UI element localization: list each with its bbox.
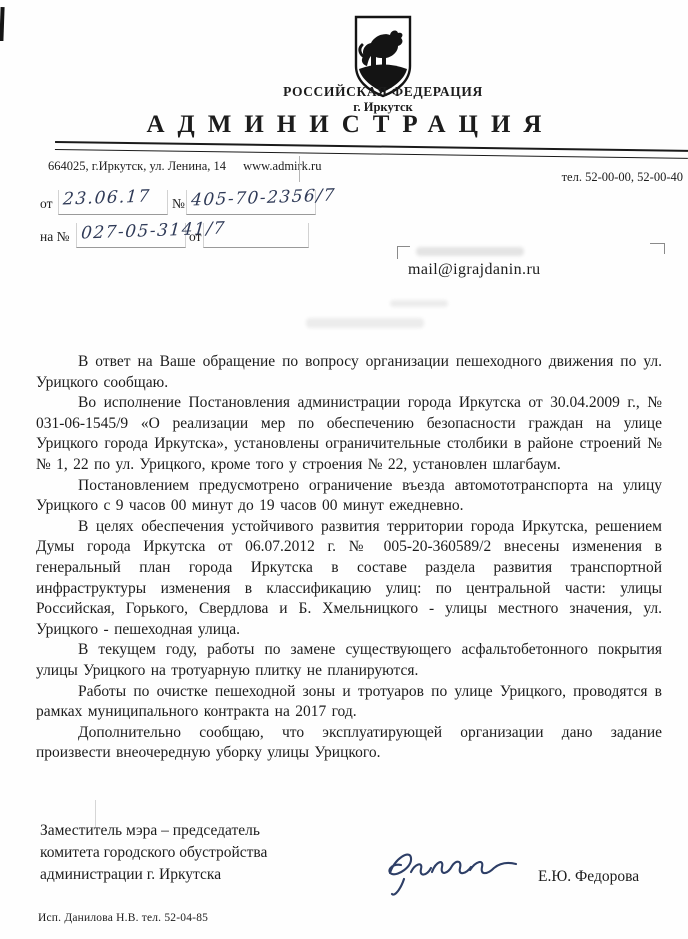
letterhead-divider [299, 156, 300, 182]
ref-number-field: 405-70-2356/7 [186, 190, 316, 215]
letterhead-phone: тел. 52-00-00, 52-00-40 [562, 170, 683, 185]
ref-reply-from-field [203, 223, 309, 248]
redacted-recipient-line [416, 247, 524, 256]
recipient-email: mail@igrajdanin.ru [408, 261, 541, 279]
faint-erased-text [306, 318, 424, 328]
ref-from-label: от [40, 196, 52, 212]
ref-from-field: 23.06.17 [58, 190, 168, 215]
body-paragraph: Во исполнение Постановления администраци… [36, 393, 662, 475]
address-corner-mark-icon [397, 246, 410, 259]
signer-position-line: Заместитель мэра – председатель [40, 820, 267, 842]
scan-artifact [0, 7, 5, 41]
ref-from-handwritten-value: 23.06.17 [62, 186, 151, 209]
ref-reply-from-label: от [189, 229, 201, 245]
signer-name: Е.Ю. Федорова [538, 868, 639, 886]
letterhead-org-title: АДМИНИСТРАЦИЯ [0, 111, 688, 139]
ref-number-handwritten-value: 405-70-2356/7 [190, 185, 336, 210]
ref-reply-label: на № [40, 229, 69, 245]
signer-position-line: комитета городского обустройства [40, 842, 267, 864]
faint-erased-text [390, 300, 448, 307]
ref-number-label: № [172, 196, 185, 212]
signer-position: Заместитель мэра – председатель комитета… [40, 820, 267, 885]
handwritten-signature [380, 843, 520, 908]
letterhead-rule [55, 141, 688, 159]
letterhead-country: РОССИЙСКАЯ ФЕДЕРАЦИЯ [233, 84, 533, 100]
body-paragraph: Дополнительно сообщаю, что эксплуатирующ… [36, 723, 662, 764]
letterhead-website: www.admirk.ru [243, 159, 321, 173]
body-paragraph: Работы по очистке пешеходной зоны и трот… [36, 682, 662, 723]
body-paragraph: В текущем году, работы по замене существ… [36, 640, 662, 681]
letterhead-address-row: 664025, г.Иркутск, ул. Ленина, 14 www.ad… [48, 159, 321, 174]
body-paragraph: Постановлением предусмотрено ограничение… [36, 476, 662, 517]
ref-reply-field: 027-05-3141/7 [76, 223, 186, 248]
body-paragraph: В ответ на Ваше обращение по вопросу орг… [36, 352, 662, 393]
executor-note: Исп. Данилова Н.В. тел. 52-04-85 [38, 912, 208, 924]
letter-body: В ответ на Ваше обращение по вопросу орг… [36, 352, 662, 764]
body-paragraph: В целях обеспечения устойчивого развития… [36, 517, 662, 641]
letterhead-address: 664025, г.Иркутск, ул. Ленина, 14 [48, 159, 226, 173]
signer-position-line: администрации г. Иркутска [40, 864, 267, 886]
address-corner-mark-icon [650, 243, 665, 254]
scanned-letter-page: РОССИЙСКАЯ ФЕДЕРАЦИЯ г. Иркутск АДМИНИСТ… [0, 0, 688, 939]
